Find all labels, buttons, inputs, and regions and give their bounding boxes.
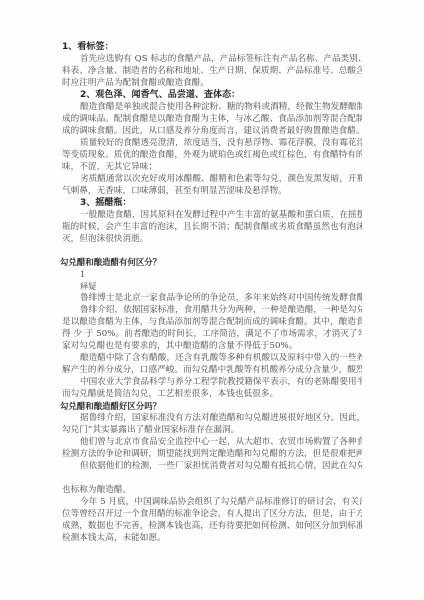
article-title-1: 勾兑醋和酿造醋有何区分？ bbox=[60, 256, 360, 268]
paragraph-line: 酿造食醋是单独或混合使用各种淀粉、糖的物料或酒精，经微生物发酵酿制而 bbox=[80, 101, 362, 113]
paragraph-line: 时应注明产品为配制食醋或酿造食醋。 bbox=[62, 77, 362, 89]
paragraph-line: 家对勾兑醋也是有要求的，其中酿造醋的含量不得低于50%。 bbox=[62, 340, 362, 352]
paragraph-line: 检测本钱太高，未能如愿。 bbox=[62, 532, 362, 544]
paragraph-line: 首先应选购有 QS 标志的食醋产品，产品标签标注有产品名称、产品类别、配 bbox=[80, 53, 362, 65]
article-title-2: 勾兑醋和酿造醋好区分吗？ bbox=[60, 400, 360, 412]
paragraph-line: 鲁绯介绍，依据国家标准，食用醋共分为两种，一种是酿造醋，一种是勾兑醋。勾兑醋 bbox=[80, 304, 362, 316]
paragraph-line: 劣质醋通常以次充好或用冰醋酸、醋精和色素等勾兑，颜色发黑发暗，开瓶酸 bbox=[80, 173, 362, 185]
paragraph-line: 是以酿造食醋为主体，与食品添加剂等混合配制而成的调味食醋。其中，酿造食醋的比例不 bbox=[62, 316, 362, 328]
article-label: 释疑 bbox=[80, 280, 380, 292]
paragraph-line: 灭，但泡沫很快消逝。 bbox=[62, 233, 362, 245]
paragraph-line: 气刺鼻，无香味，口味薄弱，甚至有明显苦涩味及悬浮物。 bbox=[62, 185, 362, 197]
article-number: 1 bbox=[80, 268, 380, 280]
paragraph-line: 料表、净含量、制造者的名称和地址、生产日期、保质期、产品标准号、总酸含量， 同 bbox=[62, 65, 362, 77]
paragraph-line: 而勾兑醋就是简洁勾兑，工艺相差很多，本钱也低很多。 bbox=[62, 388, 362, 400]
paragraph-line: 他们曾与北京市食品安全监控中心一起，从大超市、农贸市场购置了各种食用醋，进展过 bbox=[80, 436, 362, 448]
paragraph-line: 得 少 于 50%。前者酿造的时间长，工序简洁，满足不了市场需求，才消灭了勾兑醋… bbox=[62, 328, 362, 340]
section-heading-2: 2、观色泽、闻香气、品尝道、查体态： bbox=[80, 89, 380, 101]
paragraph-line: 检测方法的争论和调研，期望能找到判定酿造醋和勾兑醋的方法，但是很难把两者区分开来… bbox=[62, 448, 362, 460]
paragraph-line: 今年 5 月底，中国调味品协会组织了勾兑醋产品标准修订的研讨会，有关部门、检测单 bbox=[80, 496, 362, 508]
paragraph-line: 一般酿造食醋，因其原料在发酵过程中产生丰富的氨基酸和蛋白质，在摇摆醋 bbox=[80, 209, 362, 221]
paragraph-line: 瓶的时候，会产生丰富的泡沫，且长期不消；配制食醋或劣质食醋虽然也有泡沫消 bbox=[62, 221, 362, 233]
paragraph-line: 中国农业大学食品科学与养分工程学院教授籍保平表示，有的老陈醋要用半年时间发酵， bbox=[80, 376, 362, 388]
paragraph-line: 味，不涩，无其它异味； bbox=[62, 161, 362, 173]
paragraph-line: 成的调味食醋。因此，从口感及养分角度而言，建议消费者最好购置酿造食醋。 bbox=[62, 125, 362, 137]
paragraph-line: 位等曾经召开过一个食用醋的标准争论会，有人提出了区分方法，但是，由于方法还很不 bbox=[62, 508, 362, 520]
paragraph-line: 成的调味品。配制食醋是以酿造食醋为主体，与冰乙酸、食品添加剂等混合配制而 bbox=[62, 113, 362, 125]
paragraph-line: 成熟，数据也不完善，检测本钱也高，还有待要把如何检测、如何区分加到标准里，但由于 bbox=[62, 520, 362, 532]
paragraph-line: 但依据他们的检测，一些厂家担忧消费者对勾兑醋有抵抗心情，因此在勾兑醋的产品上 bbox=[80, 460, 362, 472]
paragraph-line: 等变质现象。质优的酿造食醋，外观为琥珀色或红褐色或红棕色，有食醋特有的香 bbox=[62, 149, 362, 161]
paragraph-line: 解产生的养分成分，口感严峻。而勾兑醋中乳酸等有机酸养分成分含量少，酸烈一些。 bbox=[62, 364, 362, 376]
paragraph-line: 鲁绯博士是北京一家食品争论所的争论员，多年来始终对中国传统发酵食醋进展争论。 bbox=[80, 292, 362, 304]
paragraph-line: 也标称为酿造醋。 bbox=[62, 484, 362, 496]
document-page: 1、看标签： 首先应选购有 QS 标志的食醋产品，产品标签标注有产品名称、产品类… bbox=[0, 0, 424, 600]
paragraph-line: 质量较好的食醋透亮澄清，浓度适当，没有悬浮物、霉花浮膜，没有霉花浮膜 bbox=[80, 137, 362, 149]
paragraph-line: 勾兑门”其实暴露出了醋业国家标准存在漏洞。 bbox=[62, 424, 362, 436]
section-heading-3: 3、摇醋瓶： bbox=[80, 197, 380, 209]
paragraph-line: 酿造醋中除了含有醋酸，还含有乳酸等多种有机酸以及原料中带入的一些养分成分及其降 bbox=[80, 352, 362, 364]
section-heading-1: 1、看标签： bbox=[62, 41, 362, 53]
paragraph-line: 据鲁绯介绍，国家标准没有方法对酿造醋和勾兑醋进展很好地区分。因此，“山西陈醋 bbox=[80, 412, 362, 424]
